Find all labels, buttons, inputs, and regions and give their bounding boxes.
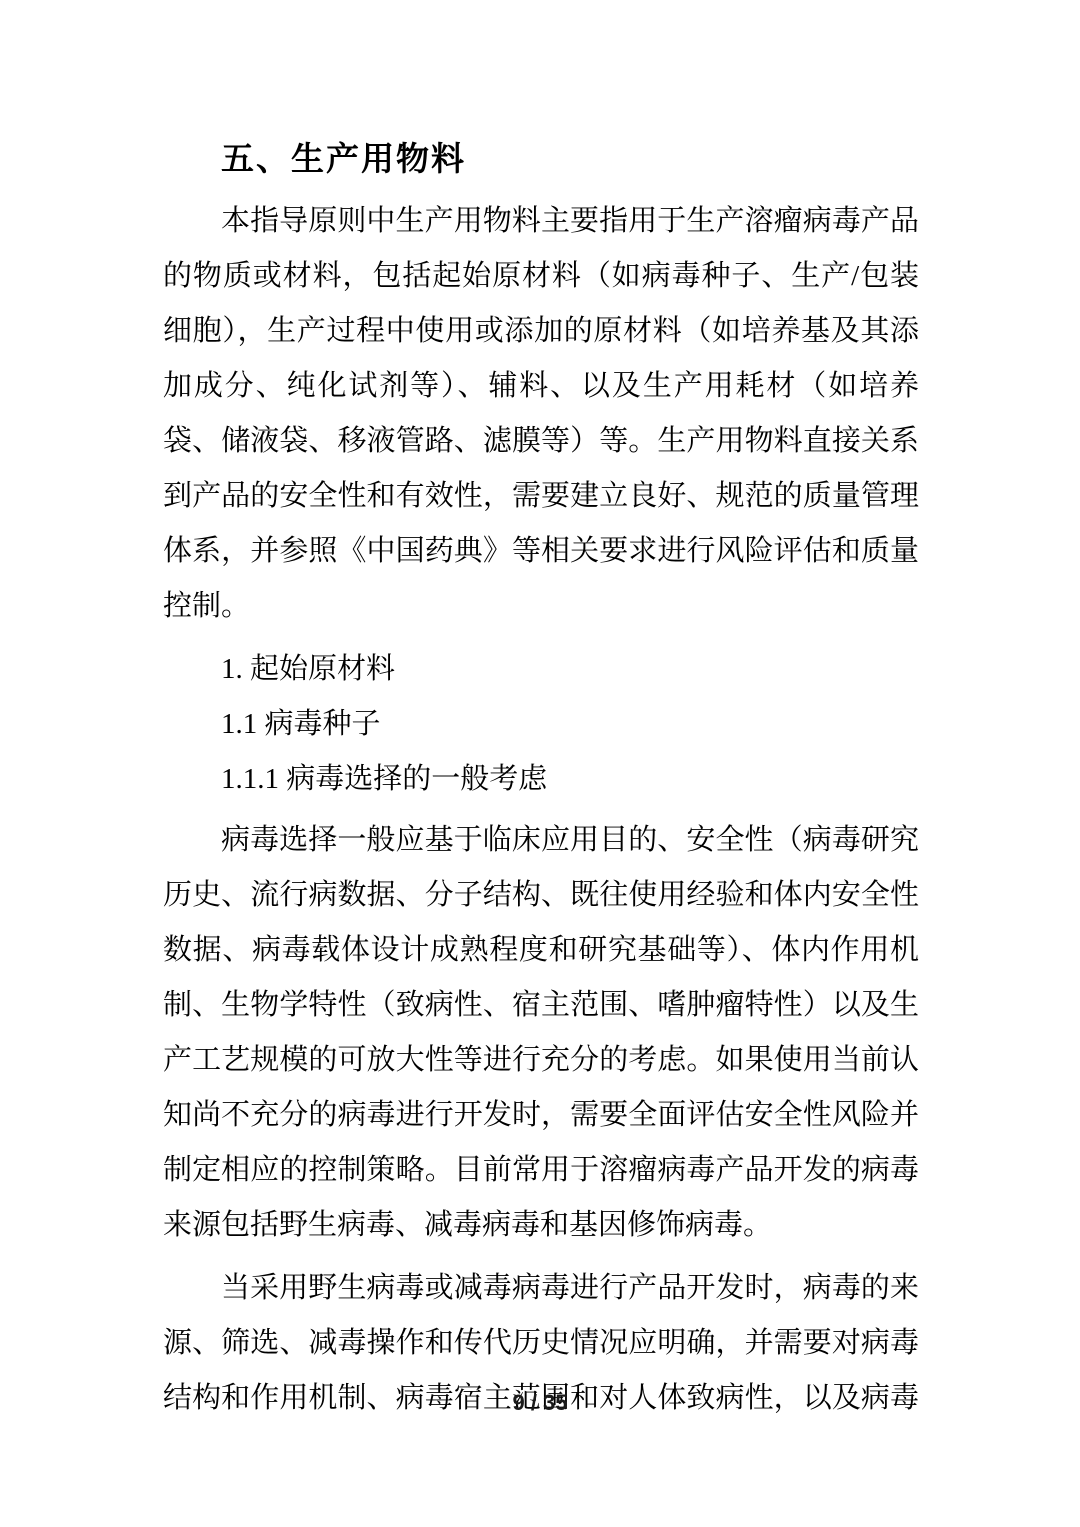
page-number: 9 / 35 [0, 1391, 1080, 1415]
paragraph-virus-selection: 病毒选择一般应基于临床应用目的、安全性（病毒研究历史、流行病数据、分子结构、既往… [163, 813, 919, 1253]
document-content: 五、生产用物料 本指导原则中生产用物料主要指用于生产溶瘤病毒产品的物质或材料，包… [163, 131, 919, 1426]
section-title: 五、生产用物料 [163, 131, 919, 186]
paragraph-materials-overview: 本指导原则中生产用物料主要指用于生产溶瘤病毒产品的物质或材料，包括起始原材料（如… [163, 194, 919, 634]
heading-virus-selection-considerations: 1.1.1 病毒选择的一般考虑 [163, 752, 919, 807]
heading-starting-materials: 1. 起始原材料 [163, 642, 919, 697]
document-page: 五、生产用物料 本指导原则中生产用物料主要指用于生产溶瘤病毒产品的物质或材料，包… [0, 0, 1080, 1527]
heading-virus-seed: 1.1 病毒种子 [163, 697, 919, 752]
